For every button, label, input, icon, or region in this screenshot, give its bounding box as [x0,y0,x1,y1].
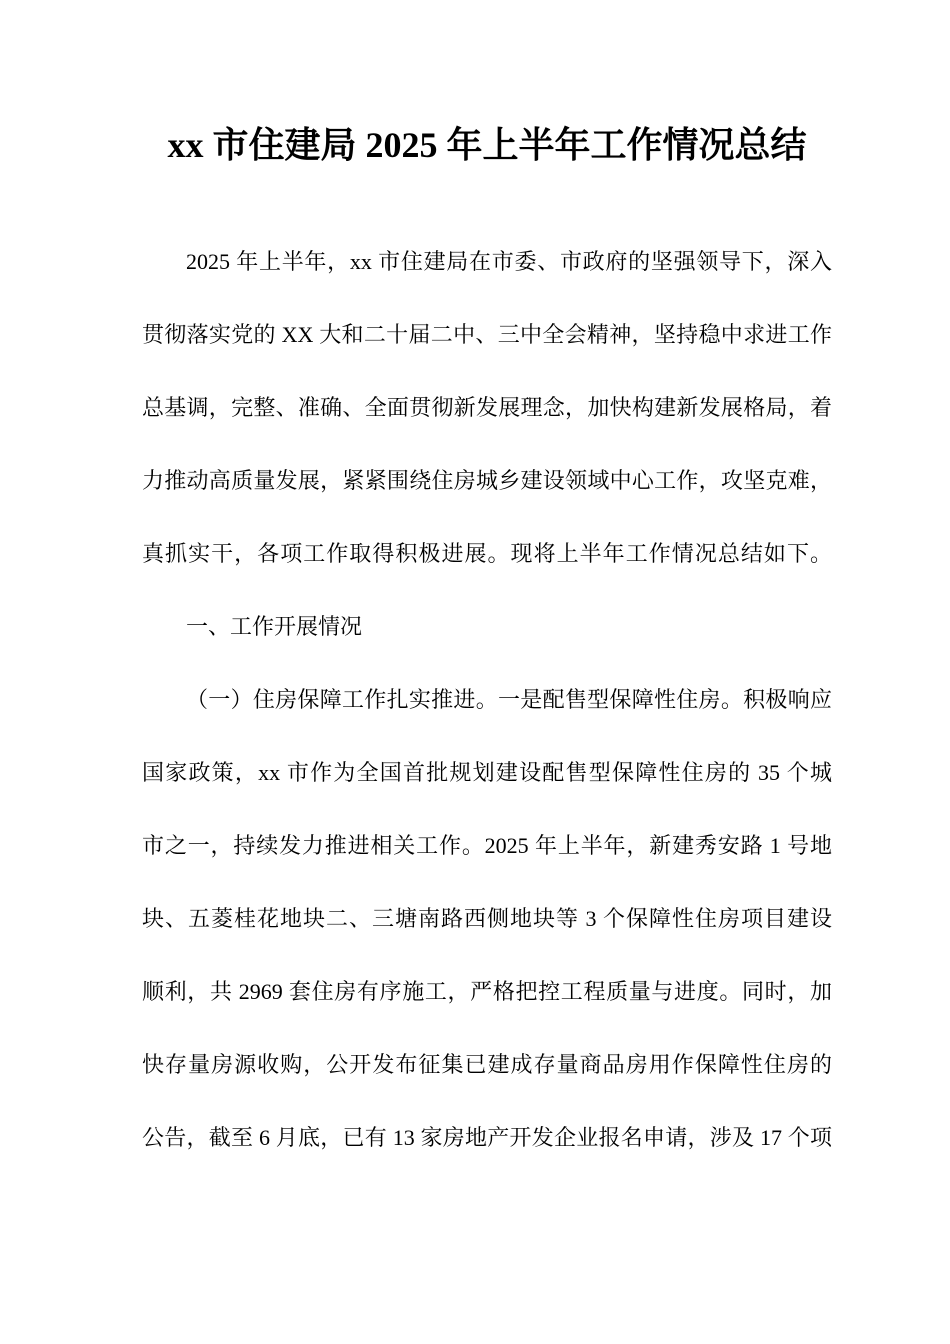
text-line: 贯彻落实党的 XX 大和二十届二中、三中全会精神，坚持稳中求进工作 [142,298,832,371]
text-line: 总基调，完整、准确、全面贯彻新发展理念，加快构建新发展格局，着 [142,371,832,444]
text-line: 2025 年上半年，xx 市住建局在市委、市政府的坚强领导下，深入 [142,225,832,298]
text-line: 国家政策，xx 市作为全国首批规划建设配售型保障性住房的 35 个城 [142,736,832,809]
text-line: 力推动高质量发展，紧紧围绕住房城乡建设领域中心工作，攻坚克难， [142,444,832,517]
text-line: 一、工作开展情况 [142,590,832,663]
text-line: 公告，截至 6 月底，已有 13 家房地产开发企业报名申请，涉及 17 个项 [142,1101,832,1174]
text-line: 市之一，持续发力推进相关工作。2025 年上半年，新建秀安路 1 号地 [142,809,832,882]
text-line: 块、五菱桂花地块二、三塘南路西侧地块等 3 个保障性住房项目建设 [142,882,832,955]
text-line: 真抓实干，各项工作取得积极进展。现将上半年工作情况总结如下。 [142,517,832,590]
text-line: 顺利，共 2969 套住房有序施工，严格把控工程质量与进度。同时，加 [142,955,832,1028]
text-line: 快存量房源收购，公开发布征集已建成存量商品房用作保障性住房的 [142,1028,832,1101]
text-line: （一）住房保障工作扎实推进。一是配售型保障性住房。积极响应 [142,663,832,736]
document-body: 2025 年上半年，xx 市住建局在市委、市政府的坚强领导下，深入贯彻落实党的 … [142,225,832,1174]
document-title: xx 市住建局 2025 年上半年工作情况总结 [142,119,832,171]
document-page: xx 市住建局 2025 年上半年工作情况总结 2025 年上半年，xx 市住建… [0,0,950,1344]
